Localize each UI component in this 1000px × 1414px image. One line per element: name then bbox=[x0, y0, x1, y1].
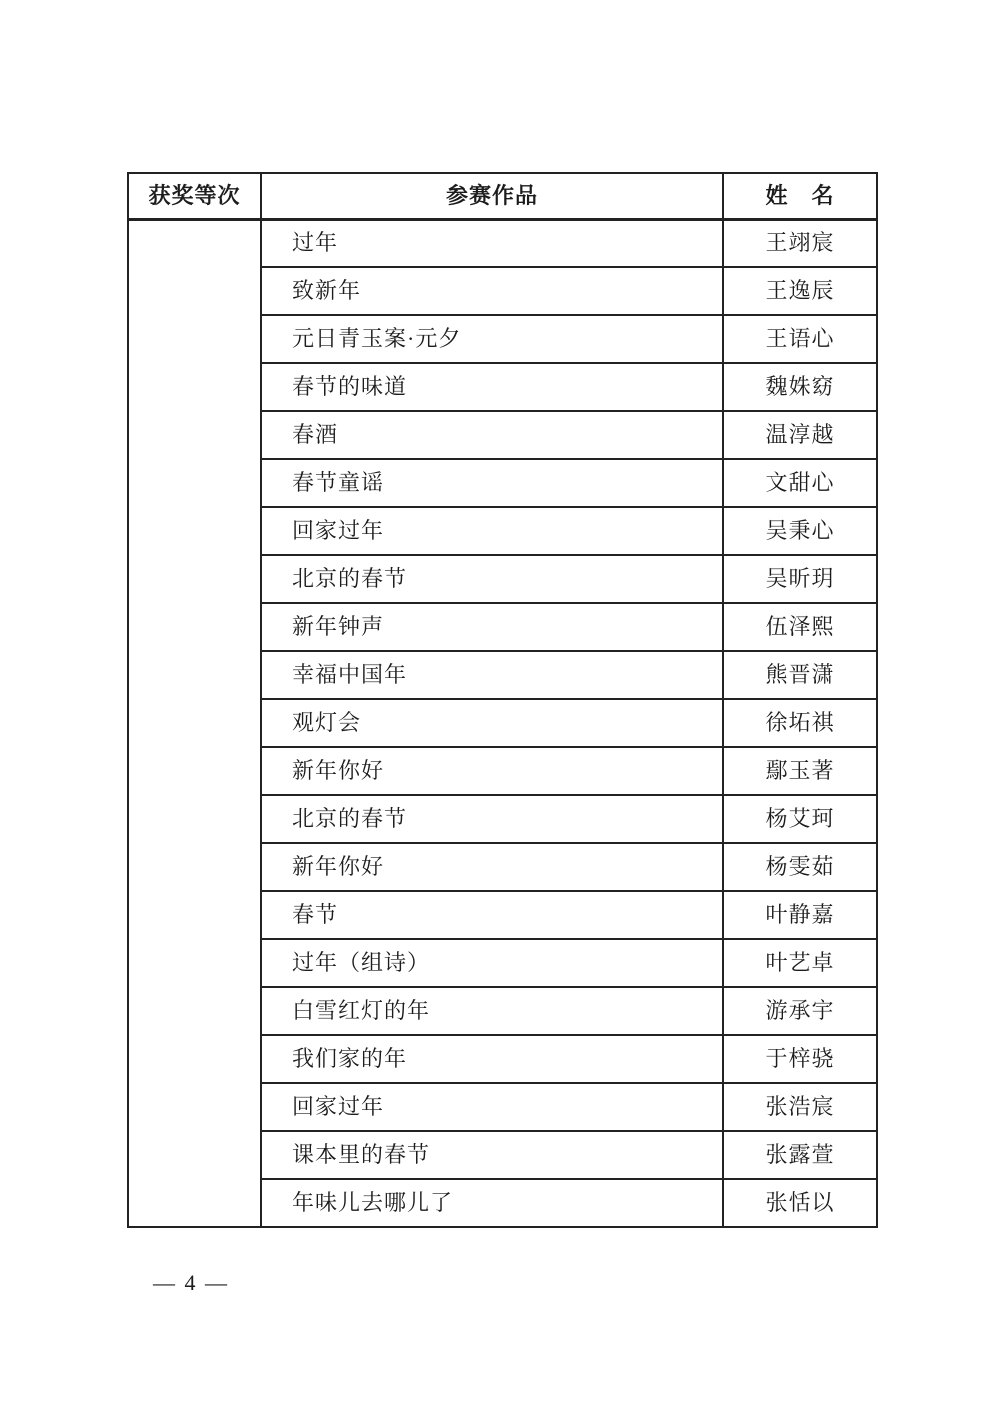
author-name-cell: 游承宇 bbox=[723, 987, 877, 1035]
work-title-cell: 回家过年 bbox=[261, 507, 723, 555]
author-name-cell: 杨艾珂 bbox=[723, 795, 877, 843]
table-body: 过年王翊宸致新年王逸辰元日青玉案·元夕王语心春节的味道魏姝窈春酒温淳越春节童谣文… bbox=[128, 219, 877, 1227]
column-header-entry-work: 参赛作品 bbox=[261, 173, 723, 219]
work-title-cell: 北京的春节 bbox=[261, 555, 723, 603]
author-name-cell: 叶静嘉 bbox=[723, 891, 877, 939]
column-header-award-level: 获奖等次 bbox=[128, 173, 261, 219]
work-title-cell: 春节的味道 bbox=[261, 363, 723, 411]
author-name-cell: 张露萱 bbox=[723, 1131, 877, 1179]
table-header-row: 获奖等次 参赛作品 姓 名 bbox=[128, 173, 877, 219]
work-title-cell: 课本里的春节 bbox=[261, 1131, 723, 1179]
document-page: 获奖等次 参赛作品 姓 名 过年王翊宸致新年王逸辰元日青玉案·元夕王语心春节的味… bbox=[0, 0, 1000, 1414]
table-header: 获奖等次 参赛作品 姓 名 bbox=[128, 173, 877, 219]
author-name-cell: 伍泽熙 bbox=[723, 603, 877, 651]
work-title-cell: 新年你好 bbox=[261, 843, 723, 891]
author-name-cell: 文甜心 bbox=[723, 459, 877, 507]
table-row: 过年王翊宸 bbox=[128, 219, 877, 267]
work-title-cell: 过年（组诗） bbox=[261, 939, 723, 987]
work-title-cell: 新年钟声 bbox=[261, 603, 723, 651]
work-title-cell: 幸福中国年 bbox=[261, 651, 723, 699]
author-name-cell: 张浩宸 bbox=[723, 1083, 877, 1131]
work-title-cell: 我们家的年 bbox=[261, 1035, 723, 1083]
work-title-cell: 致新年 bbox=[261, 267, 723, 315]
column-header-name: 姓 名 bbox=[723, 173, 877, 219]
work-title-cell: 春酒 bbox=[261, 411, 723, 459]
work-title-cell: 白雪红灯的年 bbox=[261, 987, 723, 1035]
work-title-cell: 春节童谣 bbox=[261, 459, 723, 507]
author-name-cell: 杨雯茹 bbox=[723, 843, 877, 891]
work-title-cell: 春节 bbox=[261, 891, 723, 939]
work-title-cell: 过年 bbox=[261, 219, 723, 267]
author-name-cell: 王翊宸 bbox=[723, 219, 877, 267]
author-name-cell: 魏姝窈 bbox=[723, 363, 877, 411]
author-name-cell: 吴昕玥 bbox=[723, 555, 877, 603]
author-name-cell: 吴秉心 bbox=[723, 507, 877, 555]
work-title-cell: 元日青玉案·元夕 bbox=[261, 315, 723, 363]
work-title-cell: 北京的春节 bbox=[261, 795, 723, 843]
author-name-cell: 熊晋潇 bbox=[723, 651, 877, 699]
work-title-cell: 新年你好 bbox=[261, 747, 723, 795]
work-title-cell: 年味儿去哪儿了 bbox=[261, 1179, 723, 1227]
author-name-cell: 鄢玉著 bbox=[723, 747, 877, 795]
author-name-cell: 温淳越 bbox=[723, 411, 877, 459]
author-name-cell: 王语心 bbox=[723, 315, 877, 363]
work-title-cell: 回家过年 bbox=[261, 1083, 723, 1131]
awards-table: 获奖等次 参赛作品 姓 名 过年王翊宸致新年王逸辰元日青玉案·元夕王语心春节的味… bbox=[127, 172, 878, 1228]
author-name-cell: 张恬以 bbox=[723, 1179, 877, 1227]
author-name-cell: 徐坧祺 bbox=[723, 699, 877, 747]
work-title-cell: 观灯会 bbox=[261, 699, 723, 747]
page-number: — 4 — bbox=[153, 1270, 229, 1296]
award-level-cell bbox=[128, 219, 261, 1227]
author-name-cell: 于梓骁 bbox=[723, 1035, 877, 1083]
author-name-cell: 王逸辰 bbox=[723, 267, 877, 315]
author-name-cell: 叶艺卓 bbox=[723, 939, 877, 987]
